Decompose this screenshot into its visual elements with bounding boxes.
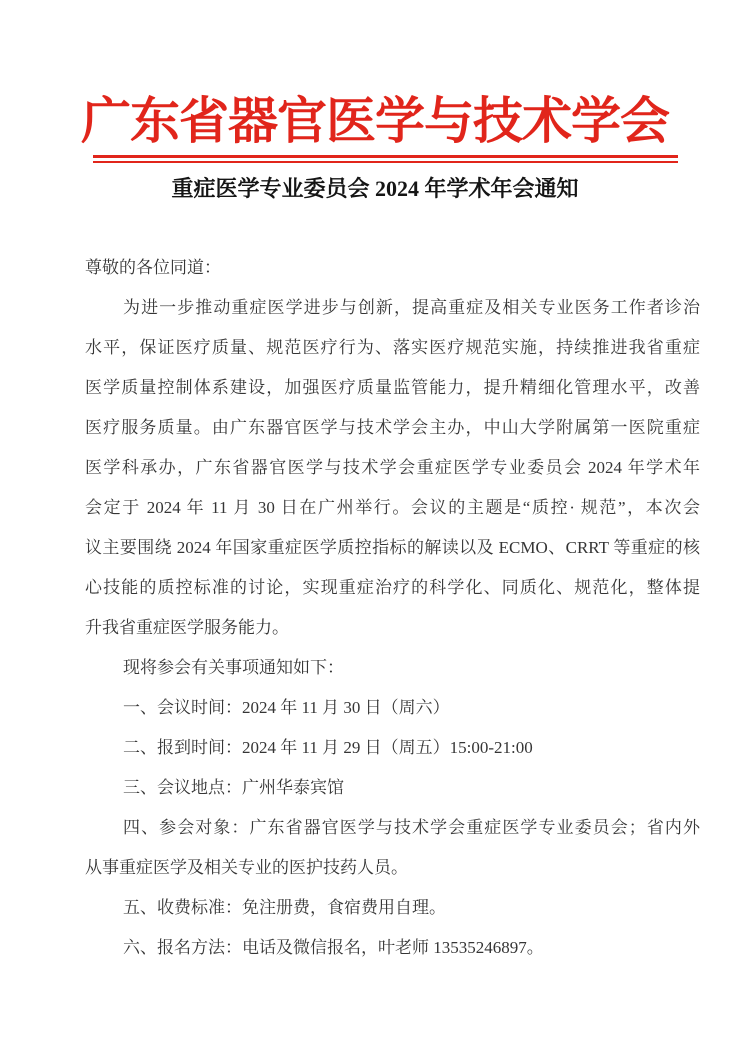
salutation: 尊敬的各位同道： (85, 248, 700, 288)
item-6-registration: 六、报名方法：电话及微信报名，叶老师 13535246897。 (85, 928, 700, 968)
intro-paragraph-line: 医学科承办，广东省器官医学与技术学会重症医学专业委员会 2024 年学术年 (85, 448, 700, 488)
document-page: 广东省器官医学与技术学会 重症医学专业委员会 2024 年学术年会通知 尊敬的各… (0, 0, 750, 1061)
intro-paragraph-line: 会定于 2024 年 11 月 30 日在广州举行。会议的主题是“质控· 规范”… (85, 488, 700, 528)
notice-body: 尊敬的各位同道： 为进一步推动重症医学进步与创新，提高重症及相关专业医务工作者诊… (85, 248, 700, 968)
org-title: 广东省器官医学与技术学会 (0, 90, 750, 152)
intro-paragraph-line: 议主要围绕 2024 年国家重症医学质控指标的解读以及 ECMO、CRRT 等重… (85, 528, 700, 568)
intro-paragraph-line: 水平，保证医疗质量、规范医疗行为、落实医疗规范实施，持续推进我省重症 (85, 328, 700, 368)
intro-paragraph-line: 心技能的质控标准的讨论，实现重症治疗的科学化、同质化、规范化，整体提 (85, 568, 700, 608)
intro-paragraph-line: 医疗服务质量。由广东器官医学与技术学会主办，中山大学附属第一医院重症 (85, 408, 700, 448)
item-3-venue: 三、会议地点：广州华泰宾馆 (85, 768, 700, 808)
intro-paragraph-line: 医学质量控制体系建设，加强医疗质量监管能力，提升精细化管理水平，改善 (85, 368, 700, 408)
item-4-attendees: 四、参会对象：广东省器官医学与技术学会重症医学专业委员会；省内外 (85, 808, 700, 848)
item-4-attendees-continued: 从事重症医学及相关专业的医护技药人员。 (85, 848, 700, 888)
items-lead-in: 现将参会有关事项通知如下： (85, 648, 700, 688)
intro-paragraph-line: 升我省重症医学服务能力。 (85, 608, 700, 648)
item-1-meeting-time: 一、会议时间：2024 年 11 月 30 日（周六） (85, 688, 700, 728)
intro-paragraph-line: 为进一步推动重症医学进步与创新，提高重症及相关专业医务工作者诊治 (85, 288, 700, 328)
notice-title: 重症医学专业委员会 2024 年学术年会通知 (0, 176, 750, 202)
item-5-fees: 五、收费标准：免注册费，食宿费用自理。 (85, 888, 700, 928)
red-double-rule-divider (93, 155, 678, 163)
item-2-checkin-time: 二、报到时间：2024 年 11 月 29 日（周五）15:00-21:00 (85, 728, 700, 768)
